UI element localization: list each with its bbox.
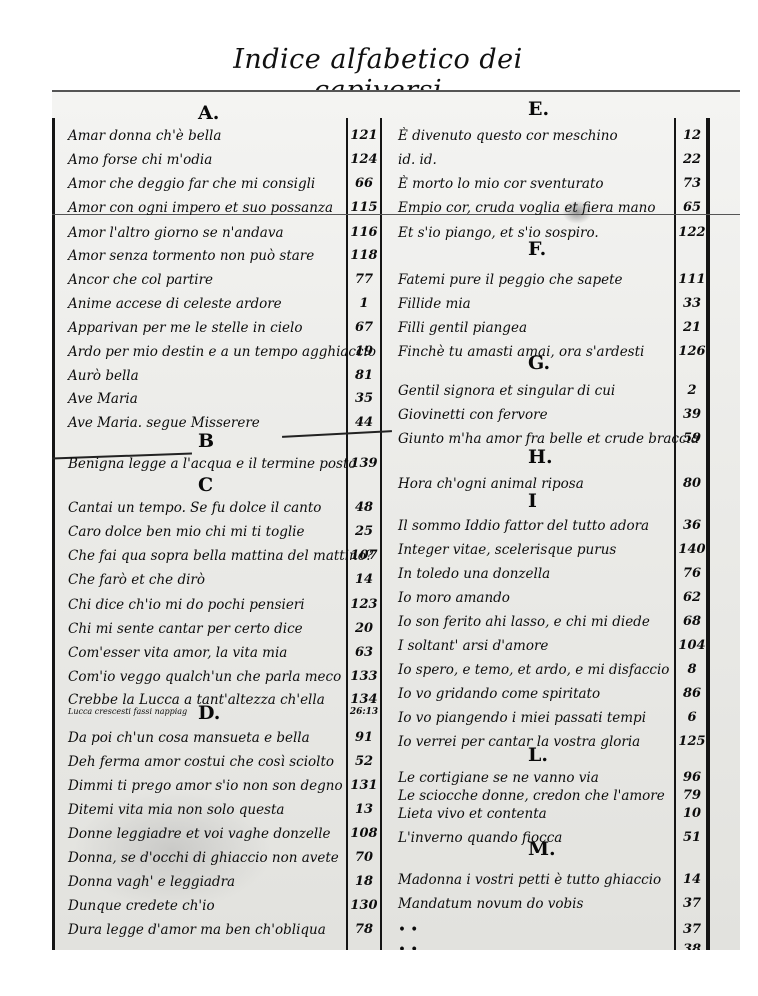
incipit-text: Anime accese di celeste ardore bbox=[68, 296, 282, 312]
page-number: 36 bbox=[676, 518, 708, 533]
index-entry: Com'io veggo qualch'un che parla meco133 bbox=[68, 669, 378, 691]
incipit-text: Com'esser vita amor, la vita mia bbox=[68, 645, 287, 661]
page-number: 86 bbox=[676, 686, 708, 701]
page-number: 108 bbox=[348, 826, 380, 841]
index-entry: Io verrei per cantar la vostra gloria125 bbox=[398, 734, 708, 756]
page-number: 2 bbox=[676, 383, 708, 398]
page-number: 14 bbox=[348, 572, 380, 587]
incipit-text: Lucca crescesti fassi nappiag bbox=[68, 707, 187, 716]
incipit-text: Chi mi sente cantar per certo dice bbox=[68, 621, 303, 637]
page-number: 35 bbox=[348, 391, 380, 406]
section-letter: B bbox=[198, 430, 214, 452]
page-number: 73 bbox=[676, 176, 708, 191]
incipit-text: Amo forse chi m'odia bbox=[68, 152, 212, 168]
incipit-text: Aurò bella bbox=[68, 368, 139, 384]
page-number: 123 bbox=[348, 597, 380, 612]
page-number: 122 bbox=[676, 225, 708, 240]
incipit-text: Io spero, e temo, et ardo, e mi disfacci… bbox=[398, 662, 669, 678]
incipit-text: Amar donna ch'è bella bbox=[68, 128, 221, 144]
page-number: 19 bbox=[348, 344, 380, 359]
section-letter: A. bbox=[198, 102, 219, 124]
index-entry: Lucca crescesti fassi nappiag26:13 bbox=[68, 707, 378, 729]
index-entry: Caro dolce ben mio chi mi ti toglie25 bbox=[68, 524, 378, 546]
index-entry: Io moro amando62 bbox=[398, 590, 708, 612]
index-entry: Che fai qua sopra bella mattina del matt… bbox=[68, 548, 378, 570]
incipit-text: Cantai un tempo. Se fu dolce il canto bbox=[68, 500, 321, 516]
section-letter: M. bbox=[528, 838, 556, 860]
page-number: 126 bbox=[676, 344, 708, 359]
incipit-text: Crebbe la Lucca a tant'altezza ch'ella bbox=[68, 692, 325, 708]
page-number: 37 bbox=[676, 896, 708, 911]
incipit-text: Lieta vivo et contenta bbox=[398, 806, 547, 822]
index-entry: Io spero, e temo, et ardo, e mi disfacci… bbox=[398, 662, 708, 684]
page-number: 70 bbox=[348, 850, 380, 865]
index-entry: Dura legge d'amor ma ben ch'obliqua78 bbox=[68, 922, 378, 944]
index-entry: Apparivan per me le stelle in cielo67 bbox=[68, 320, 378, 342]
page-number: 91 bbox=[348, 730, 380, 745]
incipit-text: Gentil signora et singular di cui bbox=[398, 383, 615, 399]
index-entry: Filli gentil piangea21 bbox=[398, 320, 708, 342]
incipit-text: Com'io veggo qualch'un che parla meco bbox=[68, 669, 341, 685]
page-number: 68 bbox=[676, 614, 708, 629]
index-entry: Amor che deggio far che mi consigli66 bbox=[68, 176, 378, 198]
index-entry: Il sommo Iddio fattor del tutto adora36 bbox=[398, 518, 708, 540]
page-number: 79 bbox=[676, 788, 708, 803]
page-number: 13 bbox=[348, 802, 380, 817]
incipit-text: Donna vagh' e leggiadra bbox=[68, 874, 235, 890]
page-number: 107 bbox=[348, 548, 380, 563]
incipit-text: Fatemi pure il peggio che sapete bbox=[398, 272, 623, 288]
incipit-text: Fillide mia bbox=[398, 296, 471, 312]
index-entry: Hora ch'ogni animal riposa80 bbox=[398, 476, 708, 498]
incipit-text: id. id. bbox=[398, 152, 437, 168]
page-number: 51 bbox=[676, 830, 708, 845]
index-entry: Benigna legge a l'acqua e il termine pos… bbox=[68, 456, 378, 478]
index-entry: Lieta vivo et contenta10 bbox=[398, 806, 708, 828]
page-number: 81 bbox=[348, 368, 380, 383]
section-letter: C bbox=[198, 474, 213, 496]
page-number: 77 bbox=[348, 272, 380, 287]
incipit-text: Ave Maria bbox=[68, 391, 138, 407]
incipit-text: Donna, se d'occhi di ghiaccio non avete bbox=[68, 850, 339, 866]
incipit-text: Io vo piangendo i miei passati tempi bbox=[398, 710, 646, 726]
page-number: 38 bbox=[676, 942, 708, 950]
page-number: 25 bbox=[348, 524, 380, 539]
index-entry: Dimmi ti prego amor s'io non son degno13… bbox=[68, 778, 378, 800]
page-number: 18 bbox=[348, 874, 380, 889]
index-entry: Fatemi pure il peggio che sapete111 bbox=[398, 272, 708, 294]
page-number: 65 bbox=[676, 200, 708, 215]
incipit-text: Chi dice ch'io mi do pochi pensieri bbox=[68, 597, 305, 613]
incipit-text: Mandatum novum do vobis bbox=[398, 896, 583, 912]
incipit-text: Io moro amando bbox=[398, 590, 510, 606]
page-number: 66 bbox=[348, 176, 380, 191]
page-number: 14 bbox=[676, 872, 708, 887]
index-entry: Ave Maria. segue Misserere44 bbox=[68, 415, 378, 437]
page-number: 115 bbox=[348, 200, 380, 215]
index-entry: Giunto m'ha amor fra belle et crude brac… bbox=[398, 431, 708, 453]
index-entry: Finchè tu amasti amai, ora s'ardesti126 bbox=[398, 344, 708, 366]
incipit-text: Finchè tu amasti amai, ora s'ardesti bbox=[398, 344, 644, 360]
incipit-text: Io son ferito ahi lasso, e chi mi diede bbox=[398, 614, 650, 630]
index-entry: id. id.22 bbox=[398, 152, 708, 174]
index-entry: Gentil signora et singular di cui2 bbox=[398, 383, 708, 405]
incipit-text: Giunto m'ha amor fra belle et crude brac… bbox=[398, 431, 699, 447]
incipit-text: Amor con ogni impero et suo possanza bbox=[68, 200, 333, 216]
page-number: 133 bbox=[348, 669, 380, 684]
manuscript-page: A.Amar donna ch'è bella121Amo forse chi … bbox=[52, 90, 740, 950]
incipit-text: I soltant' arsi d'amore bbox=[398, 638, 548, 654]
incipit-text: Amor che deggio far che mi consigli bbox=[68, 176, 315, 192]
incipit-text: Et s'io piango, et s'io sospiro. bbox=[398, 225, 599, 241]
page-number: 131 bbox=[348, 778, 380, 793]
page-number: 22 bbox=[676, 152, 708, 167]
index-entry: • •37 bbox=[398, 922, 708, 944]
index-entry: Ave Maria35 bbox=[68, 391, 378, 413]
index-entry: Mandatum novum do vobis37 bbox=[398, 896, 708, 918]
index-entry: Ancor che col partire77 bbox=[68, 272, 378, 294]
index-entry: Donna, se d'occhi di ghiaccio non avete7… bbox=[68, 850, 378, 872]
page-number: 33 bbox=[676, 296, 708, 311]
incipit-text: Ave Maria. segue Misserere bbox=[68, 415, 260, 431]
page-number: 140 bbox=[676, 542, 708, 557]
index-entry: Ditemi vita mia non solo questa13 bbox=[68, 802, 378, 824]
incipit-text: Benigna legge a l'acqua e il termine pos… bbox=[68, 456, 357, 472]
incipit-text: Caro dolce ben mio chi mi ti toglie bbox=[68, 524, 304, 540]
section-letter: G. bbox=[528, 352, 550, 374]
page-number: 12 bbox=[676, 128, 708, 143]
incipit-text: Hora ch'ogni animal riposa bbox=[398, 476, 584, 492]
section-letter: F. bbox=[528, 238, 546, 260]
index-entry: Amar donna ch'è bella121 bbox=[68, 128, 378, 150]
page-number: 1 bbox=[348, 296, 380, 311]
incipit-text: Dimmi ti prego amor s'io non son degno bbox=[68, 778, 343, 794]
incipit-text: Dura legge d'amor ma ben ch'obliqua bbox=[68, 922, 326, 938]
incipit-text: Da poi ch'un cosa mansueta e bella bbox=[68, 730, 310, 746]
index-entry: Io vo piangendo i miei passati tempi6 bbox=[398, 710, 708, 732]
incipit-text: Io verrei per cantar la vostra gloria bbox=[398, 734, 640, 750]
page-number: 124 bbox=[348, 152, 380, 167]
index-entry: È morto lo mio cor sventurato73 bbox=[398, 176, 708, 198]
index-entry: Aurò bella81 bbox=[68, 368, 378, 390]
incipit-text: È morto lo mio cor sventurato bbox=[398, 176, 604, 192]
page-number: 6 bbox=[676, 710, 708, 725]
index-entry: Amo forse chi m'odia124 bbox=[68, 152, 378, 174]
page-number: 37 bbox=[676, 922, 708, 937]
index-entry: Fillide mia33 bbox=[398, 296, 708, 318]
page-number: 111 bbox=[676, 272, 708, 287]
index-entry: Integer vitae, scelerisque purus140 bbox=[398, 542, 708, 564]
section-letter: D. bbox=[198, 702, 220, 724]
incipit-text: Apparivan per me le stelle in cielo bbox=[68, 320, 302, 336]
page-number: 104 bbox=[676, 638, 708, 653]
incipit-text: Dunque credete ch'io bbox=[68, 898, 215, 914]
index-entry: Cantai un tempo. Se fu dolce il canto48 bbox=[68, 500, 378, 522]
left-index-column: A.Amar donna ch'è bella121Amo forse chi … bbox=[68, 90, 378, 950]
left-page-col-rule-2 bbox=[380, 118, 382, 950]
page-number: 67 bbox=[348, 320, 380, 335]
left-margin-rule bbox=[52, 118, 55, 950]
page-number: 62 bbox=[676, 590, 708, 605]
incipit-text: Amor senza tormento non può stare bbox=[68, 248, 314, 264]
index-entry: Dunque credete ch'io130 bbox=[68, 898, 378, 920]
page-number: 52 bbox=[348, 754, 380, 769]
incipit-text: Deh ferma amor costui che così scioltо bbox=[68, 754, 334, 770]
index-entry: Deh ferma amor costui che così scioltо52 bbox=[68, 754, 378, 776]
page-number: 121 bbox=[348, 128, 380, 143]
page-number: 76 bbox=[676, 566, 708, 581]
page-number: 48 bbox=[348, 500, 380, 515]
incipit-text: Io vo gridando come spiritato bbox=[398, 686, 600, 702]
index-entry: Da poi ch'un cosa mansueta e bella91 bbox=[68, 730, 378, 752]
page-number: 80 bbox=[676, 476, 708, 491]
page-number: 116 bbox=[348, 225, 380, 240]
index-entry: Che farò et che dirò14 bbox=[68, 572, 378, 594]
index-entry: I soltant' arsi d'amore104 bbox=[398, 638, 708, 660]
index-entry: Io vo gridando come spiritato86 bbox=[398, 686, 708, 708]
incipit-text: Amor l'altro giorno se n'andava bbox=[68, 225, 284, 241]
incipit-text: Integer vitae, scelerisque purus bbox=[398, 542, 616, 558]
page-number: 139 bbox=[348, 456, 380, 471]
incipit-text: Ardo per mio destin e a un tempo agghiac… bbox=[68, 344, 376, 360]
index-entry: Anime accese di celeste ardore1 bbox=[68, 296, 378, 318]
page-number: 44 bbox=[348, 415, 380, 430]
page-number: 10 bbox=[676, 806, 708, 821]
index-entry: Chi mi sente cantar per certo dice20 bbox=[68, 621, 378, 643]
incipit-text: Le cortigiane se ne vanno via bbox=[398, 770, 599, 786]
section-letter: L. bbox=[528, 744, 548, 766]
index-entry: Chi dice ch'io mi do pochi pensieri123 bbox=[68, 597, 378, 619]
section-letter: H. bbox=[528, 446, 553, 468]
page-number: 26:13 bbox=[348, 707, 380, 717]
index-entry: Et s'io piango, et s'io sospiro.122 bbox=[398, 225, 708, 247]
index-entry: Donne leggiadre et voi vaghe donzelle108 bbox=[68, 826, 378, 848]
section-letter: I bbox=[528, 490, 537, 512]
index-entry: Giovinetti con fervore39 bbox=[398, 407, 708, 429]
right-index-column: E.È divenuto questo cor meschino12id. id… bbox=[398, 90, 708, 950]
incipit-text: Giovinetti con fervore bbox=[398, 407, 548, 423]
index-entry: In toledo una donzella76 bbox=[398, 566, 708, 588]
incipit-text: • • bbox=[398, 942, 418, 950]
incipit-text: Ditemi vita mia non solo questa bbox=[68, 802, 284, 818]
page-number: 8 bbox=[676, 662, 708, 677]
index-entry: Amor senza tormento non può stare118 bbox=[68, 248, 378, 270]
page-number: 118 bbox=[348, 248, 380, 263]
index-entry: Empio cor, cruda voglia et fiera mano65 bbox=[398, 200, 708, 222]
index-entry: Io son ferito ahi lasso, e chi mi diede6… bbox=[398, 614, 708, 636]
incipit-text: Le sciocche donne, credon che l'amore bbox=[398, 788, 665, 804]
page-number: 78 bbox=[348, 922, 380, 937]
page-number: 125 bbox=[676, 734, 708, 749]
page-number: 63 bbox=[348, 645, 380, 660]
section-letter: E. bbox=[528, 98, 549, 120]
page-number: 96 bbox=[676, 770, 708, 785]
index-entry: È divenuto questo cor meschino12 bbox=[398, 128, 708, 150]
incipit-text: Che fai qua sopra bella mattina del matt… bbox=[68, 548, 373, 564]
incipit-text: Empio cor, cruda voglia et fiera mano bbox=[398, 200, 656, 216]
incipit-text: È divenuto questo cor meschino bbox=[398, 128, 618, 144]
page-number: 39 bbox=[676, 407, 708, 422]
page-number: 59 bbox=[676, 431, 708, 446]
incipit-text: Che farò et che dirò bbox=[68, 572, 205, 588]
index-entry: Amor con ogni impero et suo possanza115 bbox=[68, 200, 378, 222]
index-entry: • •38 bbox=[398, 942, 708, 950]
index-entry: Com'esser vita amor, la vita mia63 bbox=[68, 645, 378, 667]
incipit-text: Filli gentil piangea bbox=[398, 320, 527, 336]
incipit-text: • • bbox=[398, 922, 418, 938]
page-number: 130 bbox=[348, 898, 380, 913]
page-number: 21 bbox=[676, 320, 708, 335]
index-entry: Donna vagh' e leggiadra18 bbox=[68, 874, 378, 896]
index-entry: Madonna i vostri petti è tutto ghiaccio1… bbox=[398, 872, 708, 894]
incipit-text: Madonna i vostri petti è tutto ghiaccio bbox=[398, 872, 661, 888]
page-number: 20 bbox=[348, 621, 380, 636]
incipit-text: Il sommo Iddio fattor del tutto adora bbox=[398, 518, 649, 534]
index-entry: Amor l'altro giorno se n'andava116 bbox=[68, 225, 378, 247]
incipit-text: In toledo una donzella bbox=[398, 566, 550, 582]
incipit-text: Ancor che col partire bbox=[68, 272, 213, 288]
page-number: 134 bbox=[348, 692, 380, 707]
incipit-text: Donne leggiadre et voi vaghe donzelle bbox=[68, 826, 331, 842]
index-entry: Ardo per mio destin e a un tempo agghiac… bbox=[68, 344, 378, 366]
